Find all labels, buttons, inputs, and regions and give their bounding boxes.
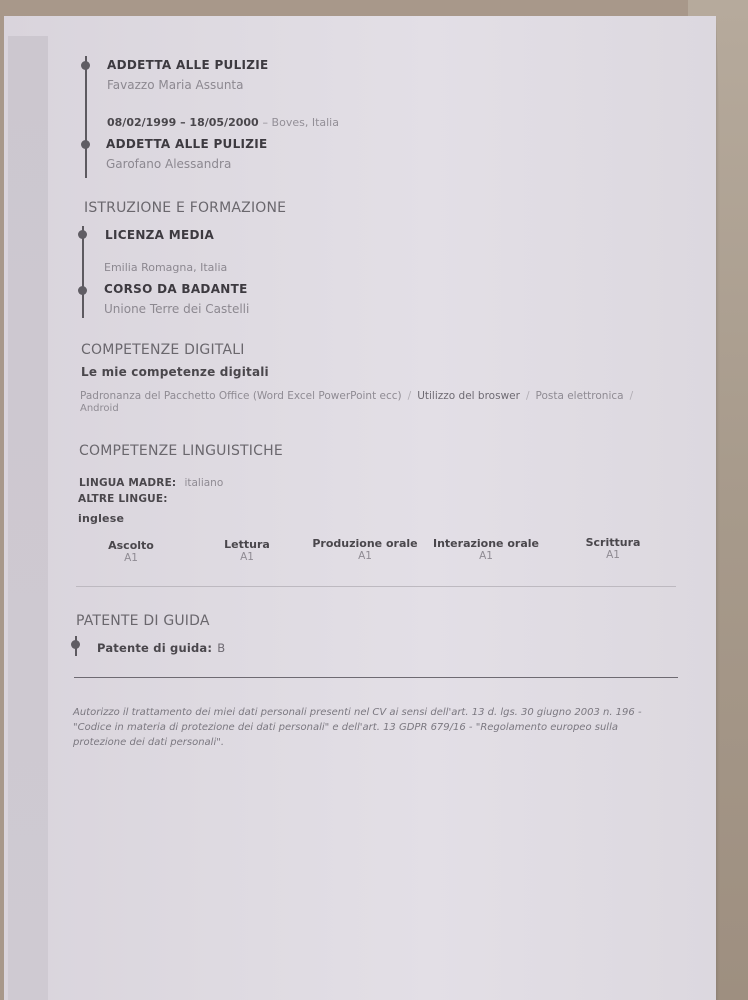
digital-skills-subtitle: Le mie competenze digitali — [81, 365, 269, 379]
language-skill-label: Lettura — [187, 538, 307, 551]
skill-separator: / — [408, 390, 412, 402]
license-divider — [74, 677, 678, 678]
experience-2-location: – Boves, Italia — [263, 116, 339, 129]
experience-2-title: ADDETTA ALLE PULIZIE — [106, 137, 268, 151]
experience-2-date-range: 08/02/1999 – 18/05/2000 — [107, 116, 259, 129]
language-skill-level: A1 — [553, 549, 673, 561]
license-value: B — [217, 641, 225, 655]
languages-divider — [76, 586, 676, 587]
digital-skill-item: Posta elettronica — [535, 390, 623, 402]
education-timeline-line — [82, 226, 84, 318]
timeline-dot-icon — [81, 140, 90, 149]
education-1-title: LICENZA MEDIA — [105, 228, 214, 242]
mother-tongue-row: LINGUA MADRE: italiano — [79, 471, 223, 490]
timeline-dot-icon — [81, 61, 90, 70]
digital-skill-item: Android — [80, 403, 119, 414]
language-skill-ascolto: Ascolto A1 — [71, 539, 191, 564]
language-skill-level: A1 — [305, 550, 425, 562]
languages-section-title: COMPETENZE LINGUISTICHE — [79, 443, 283, 459]
education-section-title: ISTRUZIONE E FORMAZIONE — [84, 200, 286, 216]
language-skill-label: Produzione orale — [305, 537, 425, 550]
timeline-dot-icon — [71, 640, 80, 649]
language-skill-level: A1 — [426, 550, 546, 562]
skill-separator: / — [526, 390, 530, 402]
education-2-institution: Unione Terre dei Castelli — [104, 302, 249, 316]
cv-page: ADDETTA ALLE PULIZIE Favazzo Maria Assun… — [0, 0, 748, 1000]
license-section-title: PATENTE DI GUIDA — [76, 613, 210, 629]
skill-separator: / — [630, 390, 634, 402]
digital-skill-item: Utilizzo del broswer — [417, 390, 520, 402]
mother-tongue-value: italiano — [184, 477, 223, 489]
language-skill-produzione-orale: Produzione orale A1 — [305, 537, 425, 562]
digital-skills-section-title: COMPETENZE DIGITALI — [81, 342, 245, 358]
digital-skill-item: Padronanza del Pacchetto Office (Word Ex… — [80, 390, 402, 402]
digital-skills-list: Padronanza del Pacchetto Office (Word Ex… — [80, 390, 639, 402]
license-row: Patente di guida: B — [97, 637, 225, 656]
education-2-title: CORSO DA BADANTE — [104, 282, 248, 296]
language-skill-interazione-orale: Interazione orale A1 — [426, 537, 546, 562]
experience-2-dates: 08/02/1999 – 18/05/2000 – Boves, Italia — [107, 116, 339, 129]
language-skill-label: Scrittura — [553, 536, 673, 549]
experience-2-employer: Garofano Alessandra — [106, 157, 231, 171]
education-1-location: Emilia Romagna, Italia — [104, 261, 227, 274]
experience-1-title: ADDETTA ALLE PULIZIE — [107, 58, 269, 72]
timeline-dot-icon — [78, 286, 87, 295]
language-skill-label: Ascolto — [71, 539, 191, 552]
license-label: Patente di guida: — [97, 641, 212, 655]
privacy-disclaimer: Autorizzo il trattamento dei miei dati p… — [73, 705, 673, 750]
other-languages-label: ALTRE LINGUE: — [78, 493, 168, 505]
language-skill-scrittura: Scrittura A1 — [553, 536, 673, 561]
mother-tongue-label: LINGUA MADRE: — [79, 477, 176, 489]
experience-timeline-line — [85, 56, 87, 178]
language-skill-level: A1 — [71, 552, 191, 564]
language-skill-level: A1 — [187, 551, 307, 563]
experience-1-employer: Favazzo Maria Assunta — [107, 78, 244, 92]
language-skill-lettura: Lettura A1 — [187, 538, 307, 563]
other-language-name: inglese — [78, 512, 124, 525]
timeline-dot-icon — [78, 230, 87, 239]
language-skill-label: Interazione orale — [426, 537, 546, 550]
